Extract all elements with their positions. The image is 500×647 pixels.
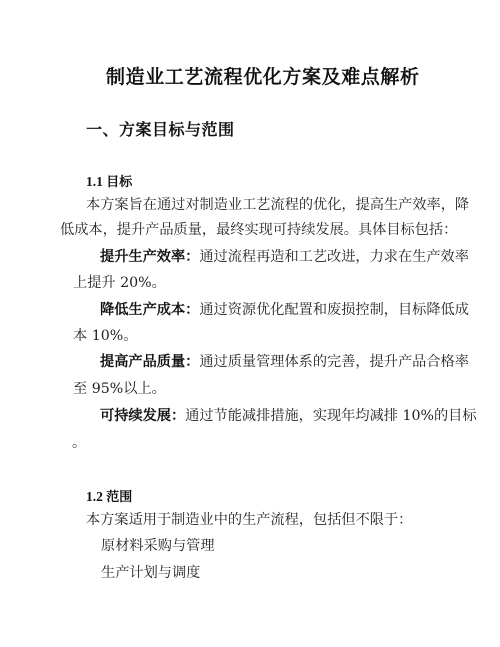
goal-item-efficiency: 提升生产效率：通过流程再造和工艺改进，力求在生产效率: [100, 248, 440, 266]
scope-item: 原材料采购与管理: [101, 537, 215, 555]
goal-label: 提高产品质量：: [100, 354, 199, 370]
subsection-heading-scope: 1.2 范围: [86, 486, 132, 505]
subsection-heading-goals: 1.1 目标: [86, 171, 132, 190]
goal-item-quality: 提高产品质量：通过质量管理体系的完善，提升产品合格率: [100, 353, 440, 371]
scope-intro: 本方案适用于制造业中的生产流程，包括但不限于：: [86, 511, 412, 529]
goal-label: 提升生产效率：: [100, 249, 199, 265]
goal-label: 降低生产成本：: [100, 302, 199, 318]
subsection-title: 范围: [106, 490, 132, 505]
goal-text: 通过流程再造和工艺改进，力求在生产效率: [199, 249, 469, 265]
subsection-title: 目标: [106, 175, 132, 190]
goal-text: 通过质量管理体系的完善，提升产品合格率: [199, 354, 469, 370]
goal-label: 可持续发展：: [100, 408, 185, 424]
goals-intro-line-2: 低成本，提升产品质量，最终实现可持续发展。具体目标包括：: [60, 221, 457, 239]
goal-text: 通过资源优化配置和废损控制，目标降低成: [199, 302, 469, 318]
goal-item-cost-cont: 本 10%。: [73, 327, 137, 345]
document-title: 制造业工艺流程优化方案及难点解析: [106, 62, 420, 89]
subsection-number: 1.2: [86, 489, 103, 504]
document-page: 制造业工艺流程优化方案及难点解析 一、方案目标与范围 1.1 目标 本方案旨在通…: [0, 0, 500, 647]
goal-item-cost: 降低生产成本：通过资源优化配置和废损控制，目标降低成: [100, 301, 440, 319]
goal-item-quality-cont: 至 95%以上。: [73, 380, 166, 398]
goals-intro-line-1: 本方案旨在通过对制造业工艺流程的优化，提高生产效率，降: [86, 196, 440, 214]
goal-item-sustainability: 可持续发展：通过节能减排措施，实现年均减排 10%的目标: [100, 407, 440, 425]
section-heading-goals-scope: 一、方案目标与范围: [86, 117, 235, 140]
subsection-number: 1.1: [86, 174, 103, 189]
goal-item-sustainability-cont: 。: [72, 434, 86, 452]
goal-text: 通过节能减排措施，实现年均减排 10%的目标: [185, 408, 476, 424]
goal-item-efficiency-cont: 上提升 20%。: [73, 274, 166, 292]
scope-item: 生产计划与调度: [101, 564, 200, 582]
